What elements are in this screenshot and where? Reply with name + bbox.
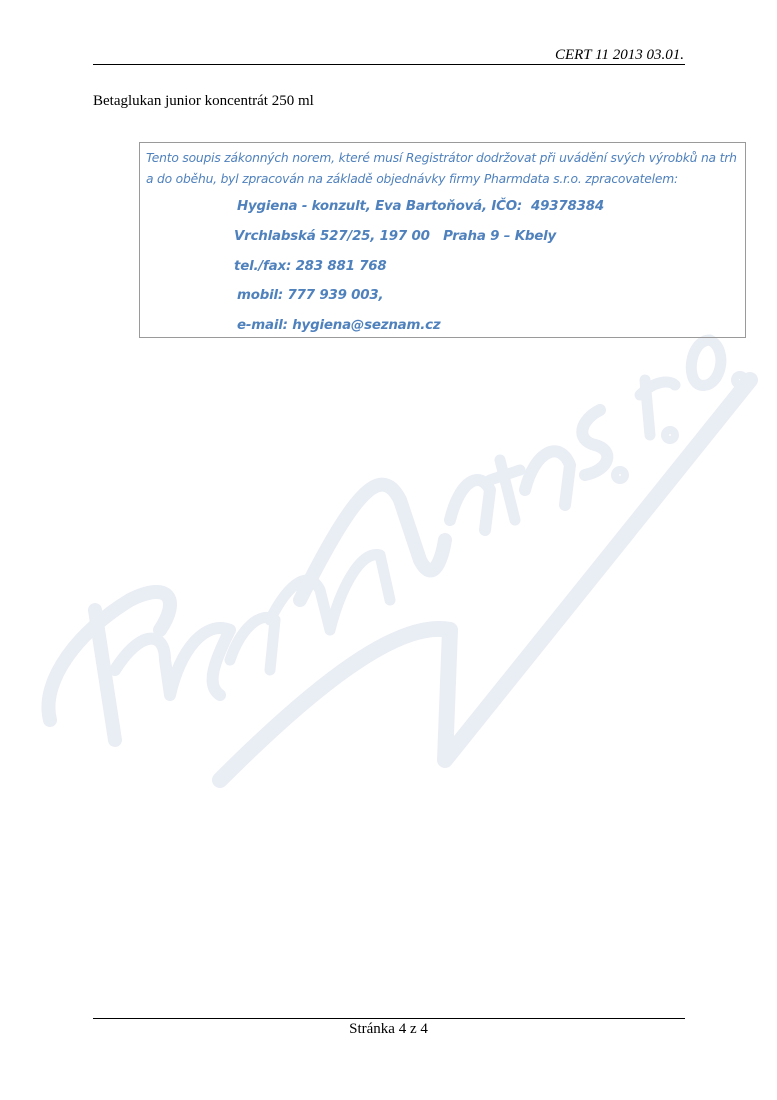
footer-divider (93, 1018, 685, 1019)
processor-email: e-mail: hygiena@seznam.cz (237, 318, 441, 333)
processor-info-box: Tento soupis zákonných norem, které musí… (139, 142, 746, 338)
processor-phone: tel./fax: 283 881 768 (234, 259, 387, 274)
header-divider (93, 64, 685, 65)
document-title: Betaglukan junior koncentrát 250 ml (93, 93, 314, 110)
processor-address: Vrchlabská 527/25, 197 00 Praha 9 – Kbel… (234, 229, 556, 244)
page-number: Stránka 4 z 4 (0, 1021, 777, 1038)
document-reference: CERT 11 2013 03.01. (555, 47, 684, 64)
pharmdata-watermark (20, 300, 760, 860)
processor-mobile: mobil: 777 939 003, (237, 288, 383, 303)
processor-intro-text: Tento soupis zákonných norem, které musí… (146, 148, 744, 190)
processor-company: Hygiena - konzult, Eva Bartoňová, IČO: 4… (237, 199, 604, 214)
document-page: CERT 11 2013 03.01. Betaglukan junior ko… (0, 0, 777, 1100)
